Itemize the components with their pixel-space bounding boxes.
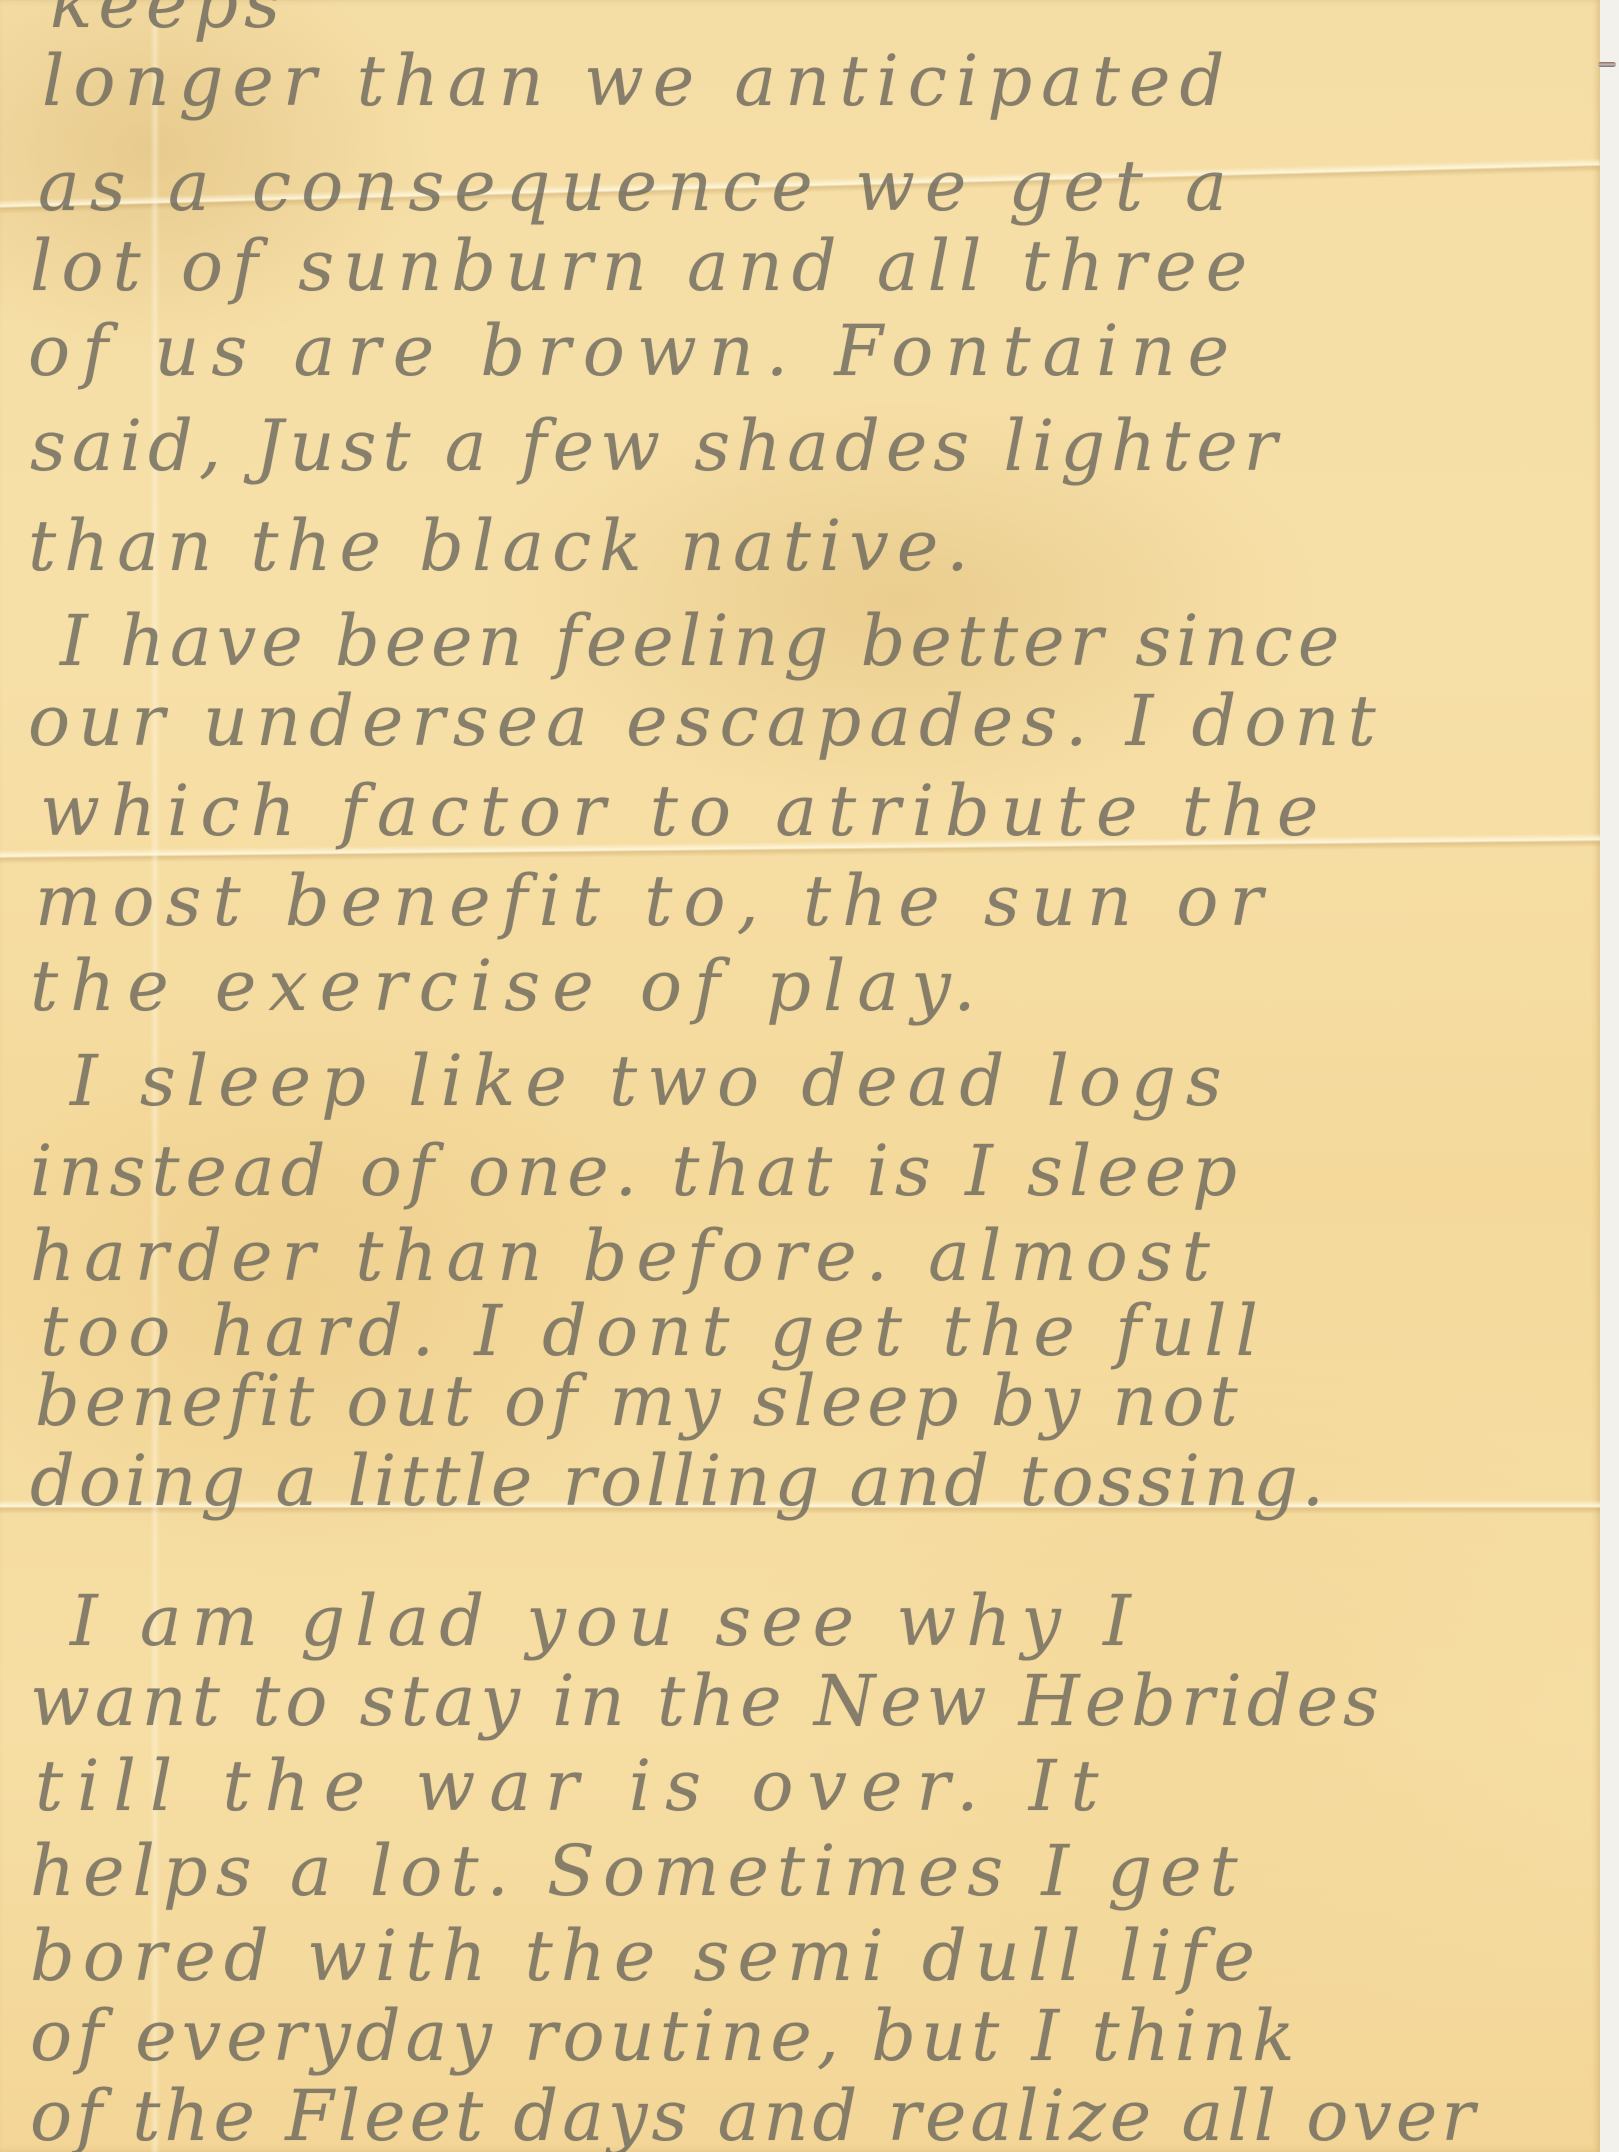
- letter-line: most benefit to, the sun or: [35, 860, 1274, 942]
- letter-line: helps a lot. Sometimes I get: [30, 1830, 1246, 1912]
- letter-line: of everyday routine, but I think: [30, 1995, 1300, 2077]
- letter-line: as a consequence we get a: [38, 145, 1237, 227]
- letter-line: than the black native.: [28, 505, 977, 587]
- letter-line: till the war is over. It: [35, 1745, 1113, 1827]
- letter-line: bored with the semi dull life: [30, 1915, 1263, 1997]
- letter-line: lot of sunburn and all three: [30, 225, 1256, 307]
- letter-line: I have been feeling better since: [60, 600, 1344, 682]
- letter-line: I am glad you see why I: [70, 1580, 1141, 1662]
- handwritten-text: keeps longer than we anticipated as a co…: [0, 0, 1600, 2152]
- letter-line: the exercise of play.: [30, 945, 988, 1027]
- letter-line: benefit out of my sleep by not: [35, 1360, 1243, 1442]
- letter-line: said, Just a few shades lighter: [30, 405, 1283, 487]
- letter-line: I sleep like two dead logs: [70, 1040, 1232, 1122]
- letter-line: longer than we anticipated: [42, 40, 1233, 122]
- letter-line: harder than before. almost: [30, 1215, 1219, 1297]
- letter-line: of us are brown. Fontaine: [28, 310, 1241, 392]
- staple-mark-icon: [1598, 62, 1616, 67]
- letter-line: our undersea escapades. I dont: [28, 680, 1384, 762]
- letter-line: of the Fleet days and realize all over: [30, 2075, 1479, 2152]
- letter-line: doing a little rolling and tossing.: [30, 1440, 1328, 1522]
- letter-line: keeps: [50, 0, 286, 44]
- letter-line: want to stay in the New Hebrides: [30, 1660, 1384, 1742]
- letter-line: instead of one. that is I sleep: [30, 1130, 1243, 1212]
- scanned-letter-page: keeps longer than we anticipated as a co…: [0, 0, 1619, 2152]
- letter-line: which factor to atribute the: [40, 770, 1329, 852]
